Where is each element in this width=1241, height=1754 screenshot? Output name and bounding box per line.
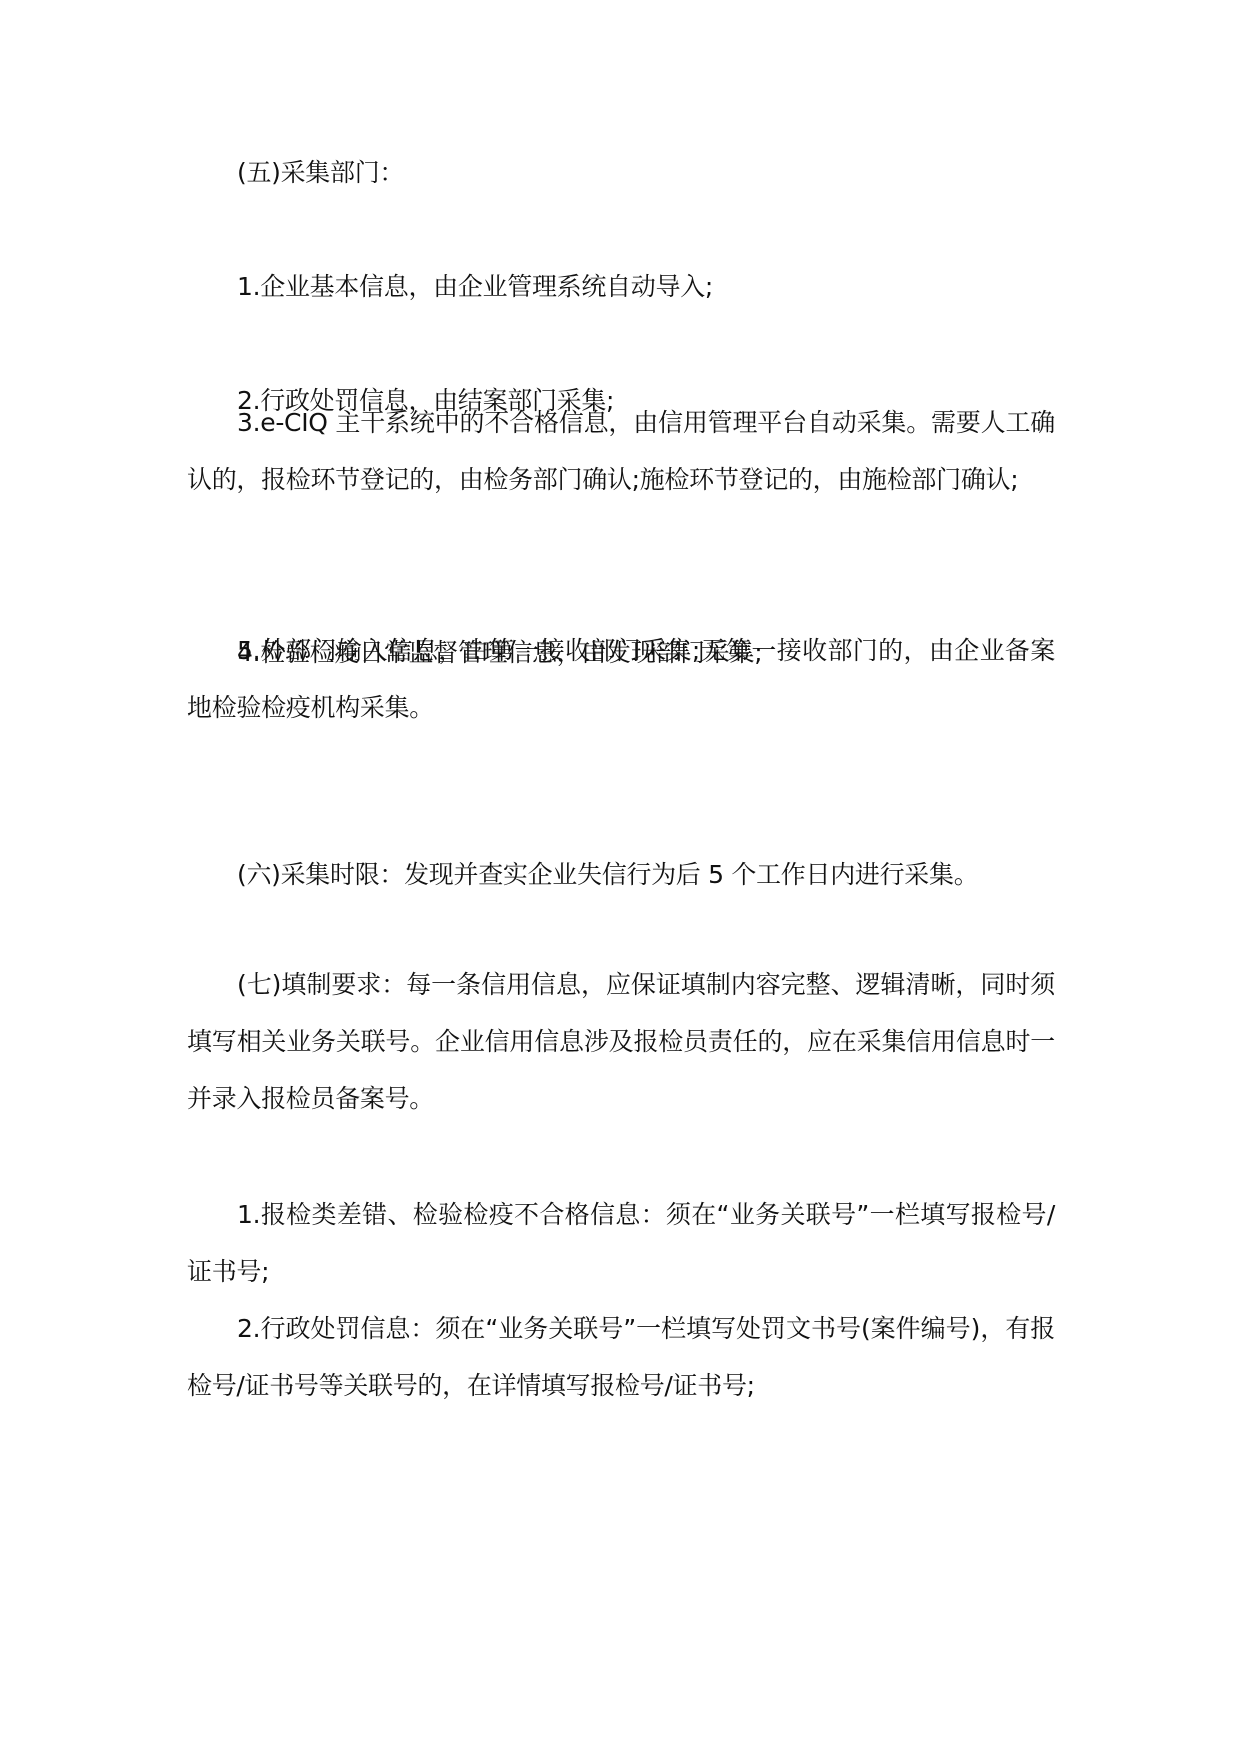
list-item-eciq-nonconformity: 3.e-CIQ 主干系统中的不合格信息，由信用管理平台自动采集。需要人工确认的，… [187, 394, 1055, 508]
list-item-enterprise-basic-info: 1.企业基本信息，由企业管理系统自动导入; [187, 258, 1055, 315]
list-item-penalty-reference: 2.行政处罚信息：须在“业务关联号”一栏填写处罚文书号(案件编号)，有报检号/证… [187, 1300, 1055, 1414]
list-item-external-department: 5.外部门输入信息，由第一接收部门采集;无第一接收部门的，由企业备案地检验检疫机… [187, 622, 1055, 736]
section-collection-time-limit: (六)采集时限：发现并查实企业失信行为后 5 个工作日内进行采集。 [187, 846, 1055, 903]
section-heading-collection-department: (五)采集部门： [187, 144, 1055, 201]
section-filling-requirements: (七)填制要求：每一条信用信息，应保证填制内容完整、逻辑清晰，同时须填写相关业务… [187, 956, 1055, 1127]
list-item-inspection-errors: 1.报检类差错、检验检疫不合格信息：须在“业务关联号”一栏填写报检号/证书号; [187, 1186, 1055, 1300]
